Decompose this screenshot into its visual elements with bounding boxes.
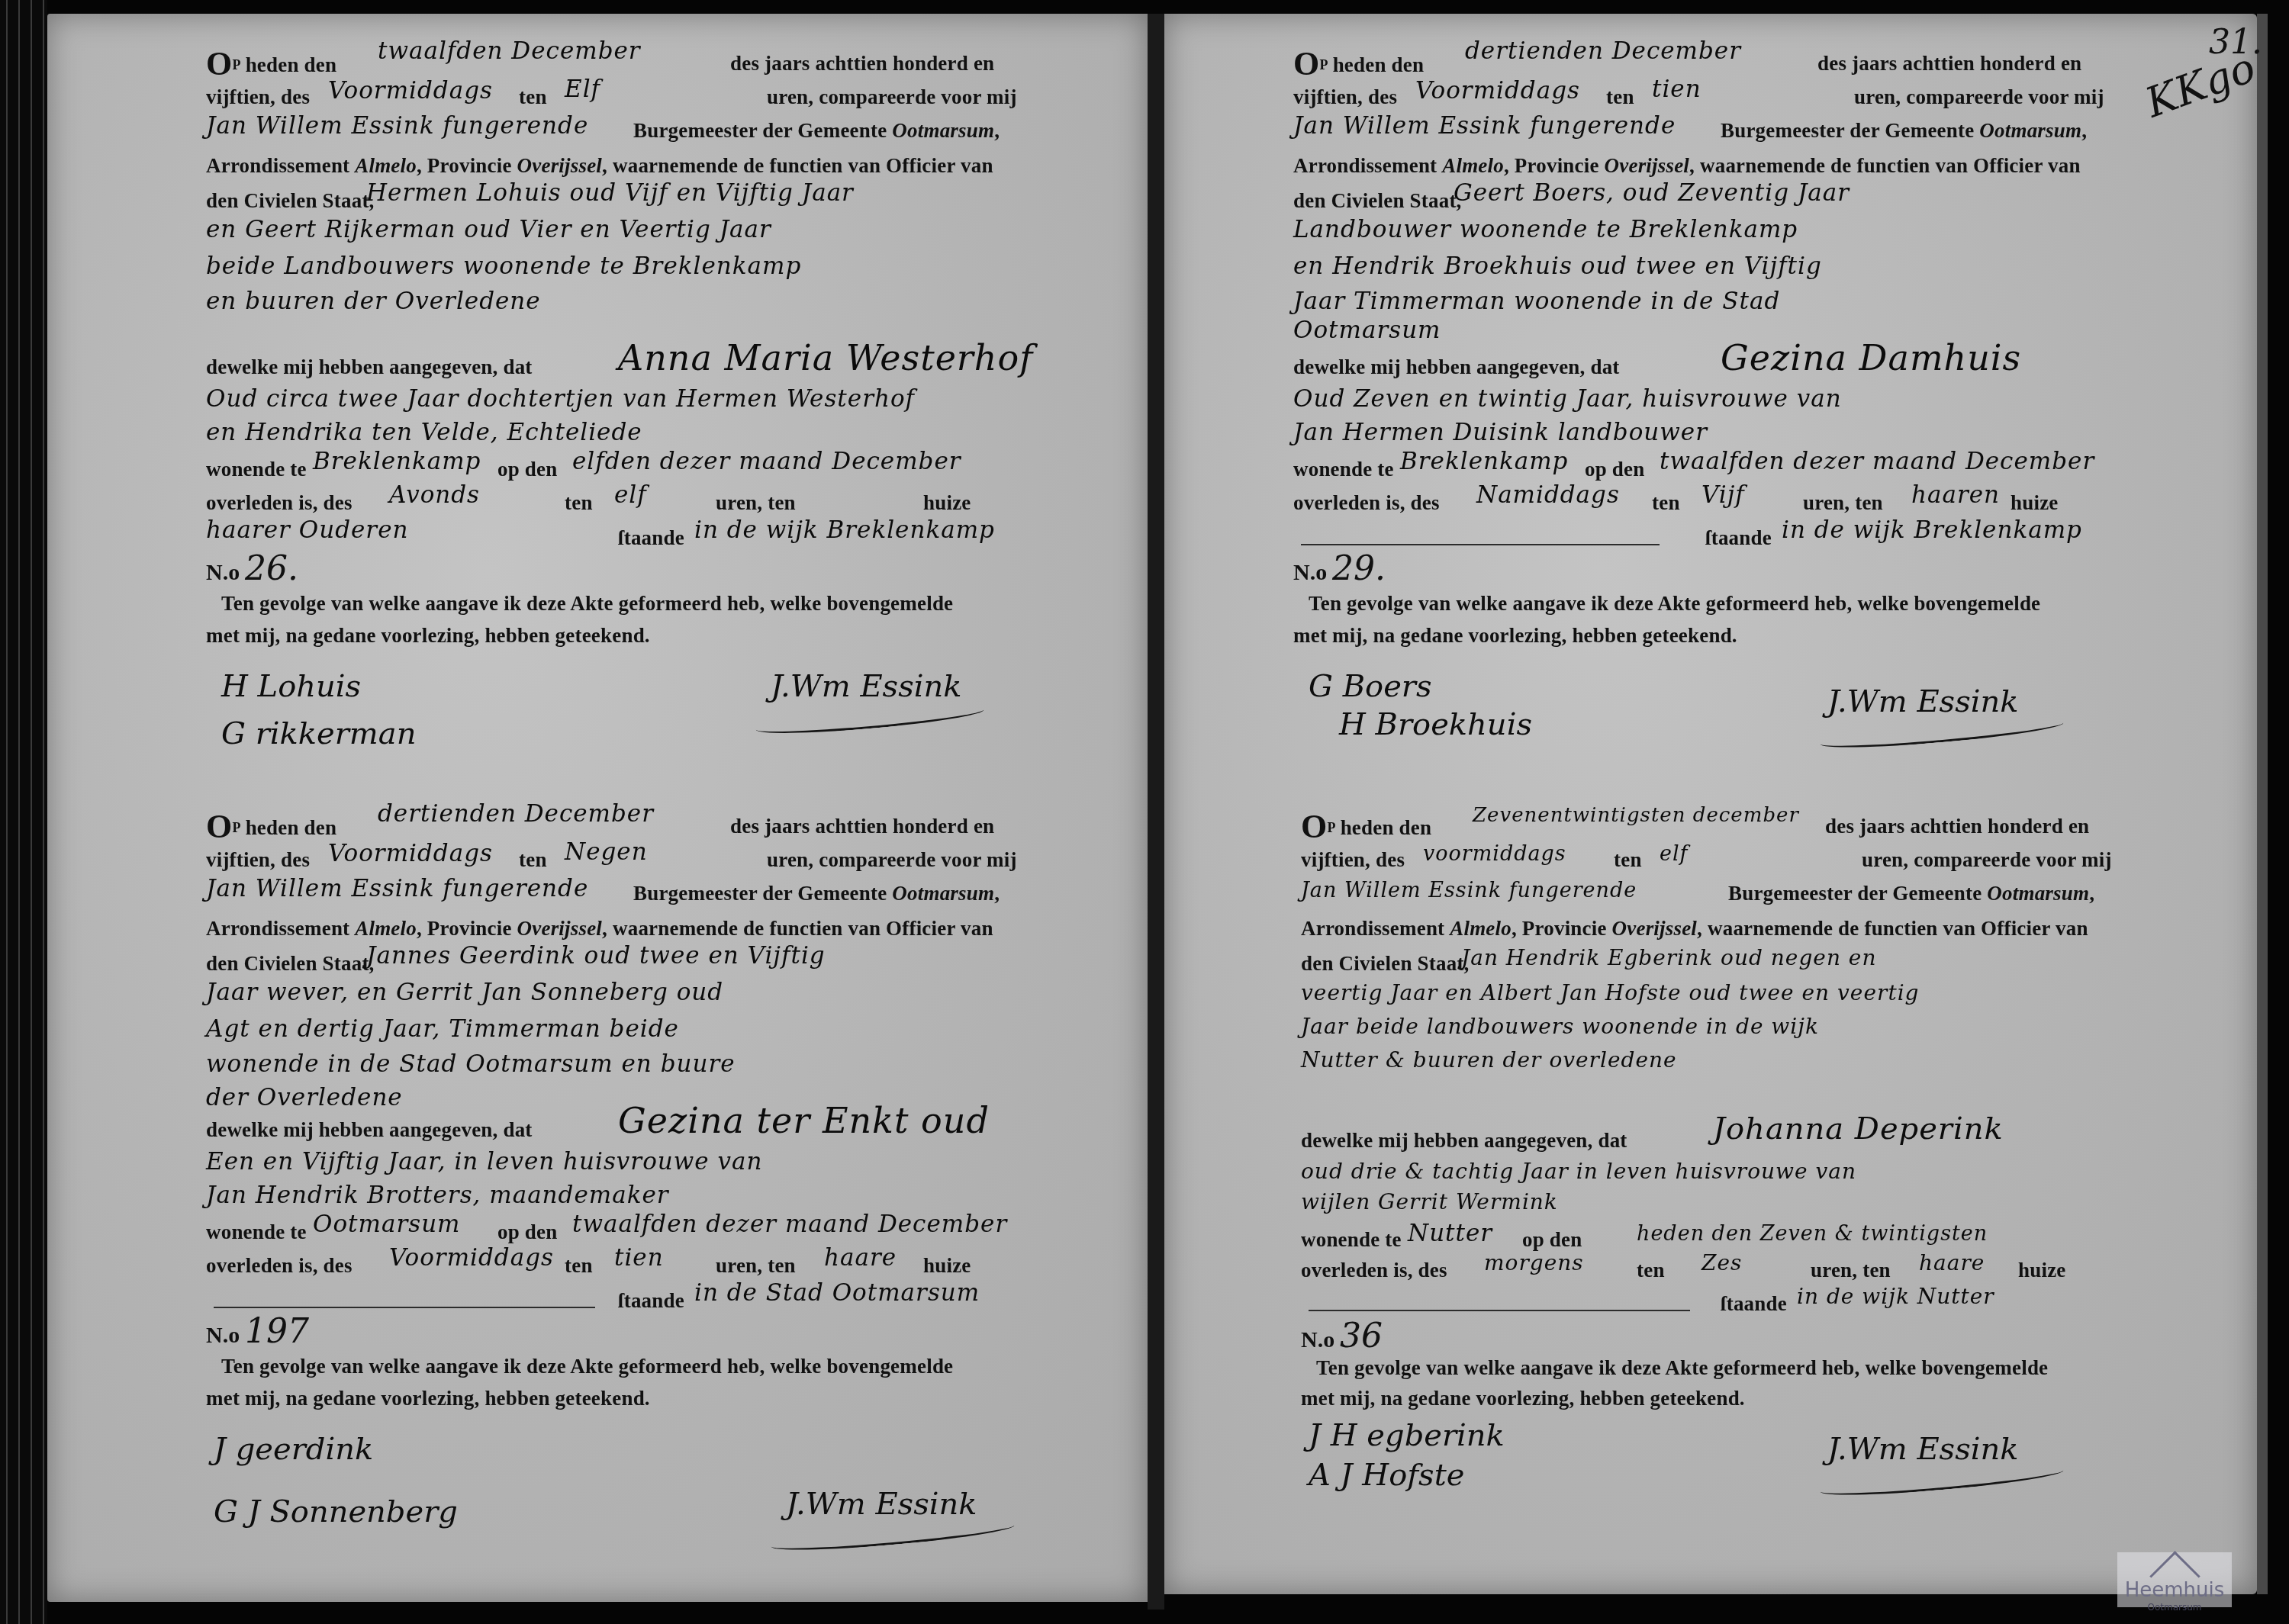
death-date: twaalfden dezer maand December	[1660, 450, 2094, 474]
death-location: in de wijk Breklenkamp	[694, 519, 995, 542]
print-text: dewelke mij hebben aangegeven, dat	[206, 357, 533, 378]
death-dagdeel: Namiddags	[1476, 484, 1620, 507]
print-text: den Civielen Staat,	[206, 191, 375, 211]
print-text: op den	[1585, 459, 1644, 480]
official-signature: J.Wm Essink	[1827, 687, 2018, 717]
print-text: uren, compareerde voor mij	[767, 87, 1017, 108]
print-text: , Provincie	[417, 917, 512, 940]
record-number: 26.	[245, 549, 298, 588]
record-date: dertienden December	[1465, 40, 1741, 63]
watermark-subtitle: Ootmarsum	[2117, 1602, 2232, 1613]
witness-signature: G rikkerman	[221, 719, 416, 749]
witness-signature: J H egberink	[1309, 1420, 1505, 1451]
witness-line: en buuren der Overledene	[206, 290, 541, 314]
print-text: uren, compareerde voor mij	[1862, 850, 2112, 870]
witness-signature: J geerdink	[214, 1434, 373, 1465]
print-text: Ten gevolge van welke aangave ik deze Ak…	[1309, 593, 2040, 614]
print-text: uren, ten	[716, 493, 796, 513]
print-text: wonende te	[1293, 459, 1394, 480]
print-text: uren, compareerde voor mij	[1854, 87, 2104, 108]
drop-cap: O	[206, 808, 232, 845]
print-text: met mij, na gedane voorlezing, hebben ge…	[1301, 1388, 1745, 1409]
witness-line: en Geert Rijkerman oud Vier en Veertig J…	[206, 218, 771, 242]
print-text: ,	[2089, 882, 2094, 905]
print-text: Ten gevolge van welke aangave ik deze Ak…	[221, 1356, 953, 1377]
residence: Breklenkamp	[1400, 450, 1568, 474]
record-number: 29.	[1332, 549, 1386, 588]
death-location: in de wijk Nutter	[1797, 1286, 1994, 1307]
death-date: elfden dezer maand December	[572, 450, 961, 474]
print-text: , waarnemende de functien van Officier v…	[1697, 917, 2088, 940]
print-text: Ten gevolge van welke aangave ik deze Ak…	[1316, 1358, 2048, 1378]
deceased-name: Johanna Deperink	[1713, 1114, 2004, 1144]
witness-line: Jannes Geerdink oud twee en Vijftig	[366, 944, 826, 968]
description-line: Een en Vijftig Jaar, in leven huisvrouwe…	[206, 1150, 762, 1174]
record-number-label: N.o	[206, 1323, 240, 1348]
description-line: Jan Hendrik Brotters, maandemaker	[206, 1184, 669, 1208]
witness-signature: G Boers	[1309, 671, 1431, 702]
death-record: OPheden den Zevenentwintigsten december …	[1301, 810, 2217, 1497]
print-text: des jaars achttien honderd en	[730, 816, 994, 837]
ten-huize: haaren	[1911, 484, 2000, 507]
witness-line: Ootmarsum	[1293, 319, 1441, 342]
description-line: Oud Zeven en twintig Jaar, huisvrouwe va…	[1293, 388, 1842, 411]
print-text: ten	[1614, 850, 1642, 870]
blank-rule	[1309, 1310, 1690, 1311]
municipality: Ootmarsum	[892, 882, 994, 905]
record-number-label: N.o	[1293, 560, 1327, 585]
death-record: OPheden den twaalfden December des jaars…	[206, 47, 1122, 734]
print-text: ten	[1637, 1260, 1665, 1281]
death-location: in de wijk Breklenkamp	[1782, 519, 2082, 542]
death-record: OPheden den dertienden December des jaar…	[206, 810, 1122, 1497]
print-text: den Civielen Staat,	[1293, 191, 1462, 211]
witness-line: Jan Hendrik Egberink oud negen en	[1461, 947, 1876, 969]
witness-line: Agt en dertig Jaar, Timmerman beide	[206, 1018, 679, 1041]
province-name: Overijssel	[1612, 917, 1697, 940]
print-text: met mij, na gedane voorlezing, hebben ge…	[206, 1388, 650, 1409]
drop-cap: O	[1301, 808, 1327, 845]
print-text: ,	[2081, 119, 2087, 142]
description-line: Oud circa twee Jaar dochtertjen van Herm…	[206, 388, 915, 411]
print-text: ,	[994, 882, 1000, 905]
book-page-edges	[0, 0, 47, 1624]
print-text: vijftien, des	[206, 850, 310, 870]
print-text: ten	[1652, 493, 1680, 513]
print-text: ten	[565, 493, 593, 513]
witness-signature: H Broekhuis	[1339, 709, 1532, 740]
record-dagdeel: Voormiddags	[328, 842, 493, 866]
print-text: , waarnemende de functien van Officier v…	[602, 154, 993, 177]
print-text: des jaars achttien honderd en	[1825, 816, 2089, 837]
residence: Nutter	[1408, 1222, 1492, 1246]
print-text: dewelke mij hebben aangegeven, dat	[1301, 1130, 1627, 1151]
arrondissement-name: Almelo	[1450, 917, 1512, 940]
blank-rule	[214, 1307, 595, 1308]
record-hour: Negen	[565, 841, 648, 864]
witness-line: Geert Boers, oud Zeventig Jaar	[1454, 182, 1850, 205]
witness-line: der Overledene	[206, 1086, 403, 1110]
arrondissement-name: Almelo	[1442, 154, 1504, 177]
witness-line: wonende in de Stad Ootmarsum en buure	[206, 1053, 736, 1076]
death-hour: elf	[614, 484, 647, 507]
record-number-label: N.o	[1301, 1327, 1334, 1352]
record-date: Zevenentwintigsten december	[1473, 806, 1799, 825]
signature-flourish	[755, 701, 985, 738]
print-text: Arrondissement	[1293, 154, 1437, 177]
record-official: Jan Willem Essink fungerende	[206, 877, 588, 901]
witness-signature: G J Sonnenberg	[214, 1497, 458, 1527]
record-dagdeel: Voormiddags	[1415, 79, 1580, 103]
print-text: dewelke mij hebben aangegeven, dat	[206, 1120, 533, 1140]
death-dagdeel: Voormiddags	[389, 1246, 554, 1270]
drop-cap: O	[1293, 45, 1319, 82]
drop-cap-small: P	[1327, 820, 1335, 835]
ten-huize: haare	[824, 1246, 897, 1270]
print-text: Burgemeester der Gemeente	[633, 882, 887, 905]
municipality: Ootmarsum	[1979, 119, 2081, 142]
drop-cap-small: P	[1319, 57, 1328, 72]
print-text: huize	[2018, 1260, 2066, 1281]
print-text: den Civielen Staat,	[206, 953, 375, 974]
print-text: ſtaande	[618, 528, 684, 548]
print-text: des jaars achttien honderd en	[730, 53, 994, 74]
witness-line: Landbouwer woonende te Breklenkamp	[1293, 218, 1798, 242]
description-line: oud drie & tachtig Jaar in leven huisvro…	[1301, 1161, 1856, 1182]
print-text: overleden is, des	[1293, 493, 1440, 513]
print-text: uren, ten	[1803, 493, 1883, 513]
blank-rule	[1301, 544, 1660, 545]
record-official: Jan Willem Essink fungerende	[1301, 880, 1637, 901]
province-name: Overijssel	[517, 154, 602, 177]
print-text: uren, ten	[1811, 1260, 1891, 1281]
witness-line: veertig Jaar en Albert Jan Hofste oud tw…	[1301, 982, 1920, 1004]
print-text: den Civielen Staat,	[1301, 953, 1470, 974]
arrondissement-name: Almelo	[355, 917, 417, 940]
drop-cap-small: P	[232, 57, 240, 72]
witness-signature: H Lohuis	[221, 671, 361, 702]
record-number: 197	[245, 1312, 309, 1351]
signature-flourish	[1820, 1462, 2065, 1500]
print-text: heden den	[1333, 53, 1425, 76]
record-official: Jan Willem Essink fungerende	[206, 114, 588, 138]
death-dagdeel: morgens	[1484, 1253, 1584, 1274]
record-hour: tien	[1652, 78, 1701, 101]
house-owner: haarer Ouderen	[206, 519, 408, 542]
drop-cap-small: P	[232, 820, 240, 835]
print-text: Burgemeester der Gemeente	[1728, 882, 1982, 905]
arrondissement-name: Almelo	[355, 154, 417, 177]
book-gutter	[1148, 14, 1164, 1610]
official-signature: J.Wm Essink	[786, 1489, 977, 1519]
record-date: dertienden December	[378, 802, 654, 826]
print-text: ſtaande	[618, 1291, 684, 1311]
province-name: Overijssel	[1605, 154, 1689, 177]
deceased-name: Anna Maria Westerhof	[618, 340, 1033, 375]
record-number: 36	[1340, 1317, 1383, 1355]
drop-cap: O	[206, 45, 232, 82]
print-text: Arrondissement	[206, 917, 349, 940]
record-number-label: N.o	[206, 560, 240, 585]
print-text: ten	[565, 1256, 593, 1276]
description-line: Jan Hermen Duisink landbouwer	[1293, 421, 1708, 445]
print-text: , Provincie	[1512, 917, 1607, 940]
print-text: Burgemeester der Gemeente	[633, 119, 887, 142]
death-hour: Vijf	[1701, 484, 1745, 507]
print-text: overleden is, des	[206, 1256, 353, 1276]
print-text: met mij, na gedane voorlezing, hebben ge…	[1293, 625, 1737, 646]
witness-signature: A J Hofste	[1309, 1460, 1464, 1491]
print-text: wonende te	[206, 459, 307, 480]
print-text: ſtaande	[1721, 1294, 1787, 1314]
description-line: wijlen Gerrit Wermink	[1301, 1191, 1558, 1213]
print-text: vijftien, des	[206, 87, 310, 108]
print-text: , waarnemende de functien van Officier v…	[602, 917, 993, 940]
death-record: OPheden den dertienden December des jaar…	[1293, 47, 2209, 734]
record-date: twaalfden December	[378, 40, 641, 63]
print-text: vijftien, des	[1301, 850, 1405, 870]
print-text: Arrondissement	[1301, 917, 1444, 940]
print-text: ten	[1606, 87, 1634, 108]
print-text: dewelke mij hebben aangegeven, dat	[1293, 357, 1620, 378]
print-text: heden den	[1341, 816, 1432, 839]
print-text: heden den	[246, 53, 337, 76]
official-signature: J.Wm Essink	[1827, 1434, 2018, 1465]
witness-line: Nutter & buuren der overledene	[1301, 1050, 1677, 1071]
witness-line: Jaar Timmerman woonende in de Stad	[1293, 290, 1780, 314]
print-text: , Provincie	[1504, 154, 1599, 177]
record-dagdeel: voormiddags	[1423, 844, 1566, 864]
print-text: overleden is, des	[206, 493, 353, 513]
witness-line: Jaar beide landbouwers woonende in de wi…	[1301, 1016, 1819, 1037]
municipality: Ootmarsum	[892, 119, 994, 142]
print-text: huize	[2011, 493, 2059, 513]
deceased-name: Gezina Damhuis	[1721, 340, 2021, 375]
print-text: uren, ten	[716, 1256, 796, 1276]
print-text: , waarnemende de functien van Officier v…	[1689, 154, 2081, 177]
print-text: ten	[519, 850, 547, 870]
record-hour: Elf	[565, 78, 600, 101]
death-date: heden den Zeven & twintigsten	[1637, 1224, 1988, 1244]
print-text: ,	[994, 119, 1000, 142]
description-line: en Hendrika ten Velde, Echteliede	[206, 421, 642, 445]
right-page-edge	[2257, 14, 2268, 1594]
print-text: , Provincie	[417, 154, 512, 177]
province-name: Overijssel	[517, 917, 602, 940]
deceased-name: Gezina ter Enkt oud	[618, 1103, 990, 1138]
death-location: in de Stad Ootmarsum	[694, 1282, 980, 1305]
print-text: uren, compareerde voor mij	[767, 850, 1017, 870]
print-text: des jaars achttien honderd en	[1817, 53, 2081, 74]
print-text: vijftien, des	[1293, 87, 1397, 108]
death-hour: Zes	[1701, 1253, 1742, 1274]
residence: Breklenkamp	[313, 450, 481, 474]
record-hour: elf	[1660, 844, 1689, 864]
heemhuis-watermark: Heemhuis Ootmarsum	[2117, 1552, 2232, 1607]
death-hour: tien	[614, 1246, 664, 1270]
official-signature: J.Wm Essink	[771, 671, 961, 702]
print-text: wonende te	[206, 1222, 307, 1243]
print-text: Ten gevolge van welke aangave ik deze Ak…	[221, 593, 953, 614]
print-text: Arrondissement	[206, 154, 349, 177]
witness-line: en Hendrik Broekhuis oud twee en Vijftig	[1293, 255, 1822, 278]
record-official: Jan Willem Essink fungerende	[1293, 114, 1676, 138]
print-text: op den	[497, 1222, 557, 1243]
municipality: Ootmarsum	[1987, 882, 2089, 905]
print-text: wonende te	[1301, 1230, 1402, 1250]
record-dagdeel: Voormiddags	[328, 79, 493, 103]
print-text: huize	[923, 1256, 971, 1276]
print-text: op den	[497, 459, 557, 480]
print-text: overleden is, des	[1301, 1260, 1447, 1281]
witness-line: beide Landbouwers woonende te Breklenkam…	[206, 255, 801, 278]
print-text: huize	[923, 493, 971, 513]
death-date: twaalfden dezer maand December	[572, 1213, 1007, 1236]
death-dagdeel: Avonds	[389, 484, 480, 507]
ten-huize: haare	[1919, 1253, 1985, 1274]
witness-line: Hermen Lohuis oud Vijf en Vijftig Jaar	[366, 182, 854, 205]
print-text: Burgemeester der Gemeente	[1721, 119, 1974, 142]
residence: Ootmarsum	[313, 1213, 461, 1236]
print-text: heden den	[246, 816, 337, 839]
witness-line: Jaar wever, en Gerrit Jan Sonneberg oud	[206, 981, 723, 1005]
print-text: ten	[519, 87, 547, 108]
print-text: ſtaande	[1705, 528, 1772, 548]
print-text: op den	[1522, 1230, 1582, 1250]
print-text: met mij, na gedane voorlezing, hebben ge…	[206, 625, 650, 646]
